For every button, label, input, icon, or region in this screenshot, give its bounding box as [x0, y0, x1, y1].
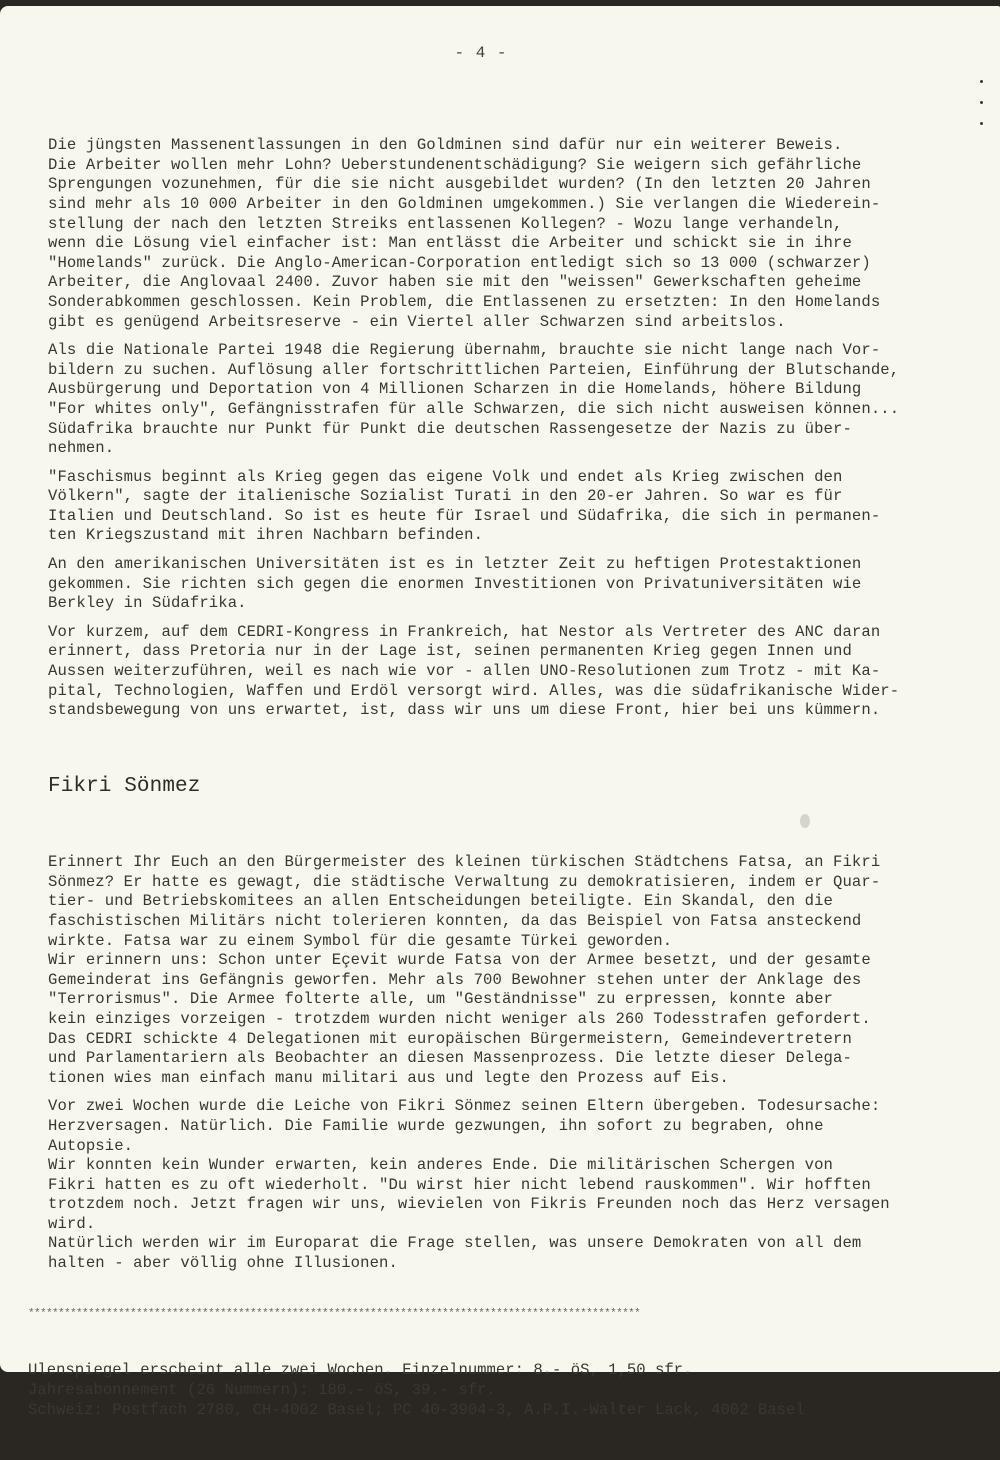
text-line: standsbewegung von uns erwartet, ist, da… [48, 701, 968, 721]
south-africa-section: Die jüngsten Massenentlassungen in den G… [48, 136, 968, 721]
text-line: Die Arbeiter wollen mehr Lohn? Ueberstun… [48, 156, 968, 176]
text-line: ten Kriegszustand mit ihren Nachbarn bef… [48, 526, 968, 546]
text-line: sind mehr als 10 000 Arbeiter in den Gol… [48, 195, 968, 215]
margin-dot [980, 122, 983, 125]
text-line: Wir konnten kein Wunder erwarten, kein a… [48, 1156, 968, 1176]
margin-dot [980, 101, 983, 104]
text-line: An den amerikanischen Universitäten ist … [48, 555, 968, 575]
fikri-sonmez-section: Erinnert Ihr Euch an den Bürgermeister d… [48, 853, 968, 1273]
text-line: Aussen weiterzuführen, weil es nach wie … [48, 662, 968, 682]
paragraph: Die jüngsten Massenentlassungen in den G… [48, 136, 968, 332]
text-line: Gemeinderat ins Gefängnis geworfen. Mehr… [48, 971, 968, 991]
article-body: Die jüngsten Massenentlassungen in den G… [48, 97, 968, 1313]
text-line: trotzdem noch. Jetzt fragen wir uns, wie… [48, 1195, 968, 1215]
text-line: "Faschismus beginnt als Krieg gegen das … [48, 468, 968, 488]
paragraph: Wir konnten kein Wunder erwarten, kein a… [48, 1156, 968, 1234]
margin-dot [980, 80, 983, 83]
text-line: wird. [48, 1215, 968, 1235]
text-line: tionen wies man einfach manu militari au… [48, 1069, 968, 1089]
text-line: Fikri hatten es zu oft wiederholt. "Du w… [48, 1176, 968, 1196]
paragraph: Als die Nationale Partei 1948 die Regier… [48, 341, 968, 459]
footer-line: Ulenspiegel erscheint alle zwei Wochen. … [28, 1360, 928, 1377]
text-line: Sönmez? Er hatte es gewagt, die städtisc… [48, 873, 968, 893]
footer-lines: Ulenspiegel erscheint alle zwei Wochen. … [28, 1360, 928, 1377]
publication-footer: ****************************************… [28, 1268, 928, 1377]
paragraph: Erinnert Ihr Euch an den Bürgermeister d… [48, 853, 968, 951]
text-line: Wir erinnern uns: Schon unter Eçevit wur… [48, 951, 968, 971]
text-line: nehmen. [48, 439, 968, 459]
text-line: wenn die Lösung viel einfacher ist: Man … [48, 234, 968, 254]
text-line: pital, Technologien, Waffen und Erdöl ve… [48, 682, 968, 702]
paragraph: Vor kurzem, auf dem CEDRI-Kongress in Fr… [48, 623, 968, 721]
text-line: Vor kurzem, auf dem CEDRI-Kongress in Fr… [48, 623, 968, 643]
text-line: Autopsie. [48, 1137, 968, 1157]
paragraph: "Faschismus beginnt als Krieg gegen das … [48, 468, 968, 546]
text-line: Erinnert Ihr Euch an den Bürgermeister d… [48, 853, 968, 873]
text-line: faschistischen Militärs nicht tolerieren… [48, 912, 968, 932]
text-line: Als die Nationale Partei 1948 die Regier… [48, 341, 968, 361]
text-line: Natürlich werden wir im Europarat die Fr… [48, 1234, 968, 1254]
text-line: gibt es genügend Arbeitsreserve - ein Vi… [48, 313, 968, 333]
text-line: Arbeiter, die Anglovaal 2400. Zuvor habe… [48, 273, 968, 293]
text-line: kein einziges vorzeigen - trotzdem wurde… [48, 1010, 968, 1030]
text-line: tier- und Betriebskomitees an allen Ents… [48, 892, 968, 912]
text-line: Herzversagen. Natürlich. Die Familie wur… [48, 1117, 968, 1137]
text-line: Berkley in Südafrika. [48, 594, 968, 614]
text-line: Südafrika brauchte nur Punkt für Punkt d… [48, 420, 968, 440]
text-line: Das CEDRI schickte 4 Delegationen mit eu… [48, 1030, 968, 1050]
text-line: Vor zwei Wochen wurde die Leiche von Fik… [48, 1097, 968, 1117]
text-line: wirkte. Fatsa war zu einem Symbol für di… [48, 932, 968, 952]
document-page: - 4 - Die jüngsten Massenentlassungen in… [0, 6, 1000, 1372]
text-line: und Parlamentariern als Beobachter an di… [48, 1049, 968, 1069]
text-line: erinnert, dass Pretoria nur in der Lage … [48, 642, 968, 662]
text-line: "Homelands" zurück. Die Anglo-American-C… [48, 254, 968, 274]
paragraph: Vor zwei Wochen wurde die Leiche von Fik… [48, 1097, 968, 1156]
text-line: "Terrorismus". Die Armee folterte alle, … [48, 990, 968, 1010]
page-number: - 4 - [0, 44, 962, 62]
text-line: Sonderabkommen geschlossen. Kein Problem… [48, 293, 968, 313]
text-line: Italien und Deutschland. So ist es heute… [48, 507, 968, 527]
paragraph: Wir erinnern uns: Schon unter Eçevit wur… [48, 951, 968, 1088]
text-line: stellung der nach den letzten Streiks en… [48, 215, 968, 235]
text-line: gekommen. Sie richten sich gegen die eno… [48, 575, 968, 595]
text-line: "For whites only", Gefängnisstrafen für … [48, 400, 968, 420]
text-line: Völkern", sagte der italienische Soziali… [48, 487, 968, 507]
text-line: bildern zu suchen. Auflösung aller forts… [48, 361, 968, 381]
text-line: Die jüngsten Massenentlassungen in den G… [48, 136, 968, 156]
text-line: Sprengungen vozunehmen, für die sie nich… [48, 175, 968, 195]
footer-separator: ****************************************… [28, 1308, 898, 1320]
text-line: Ausbürgerung und Deportation von 4 Milli… [48, 380, 968, 400]
section-heading: Fikri Sönmez [48, 774, 968, 800]
margin-marks [978, 80, 984, 143]
paragraph: An den amerikanischen Universitäten ist … [48, 555, 968, 614]
